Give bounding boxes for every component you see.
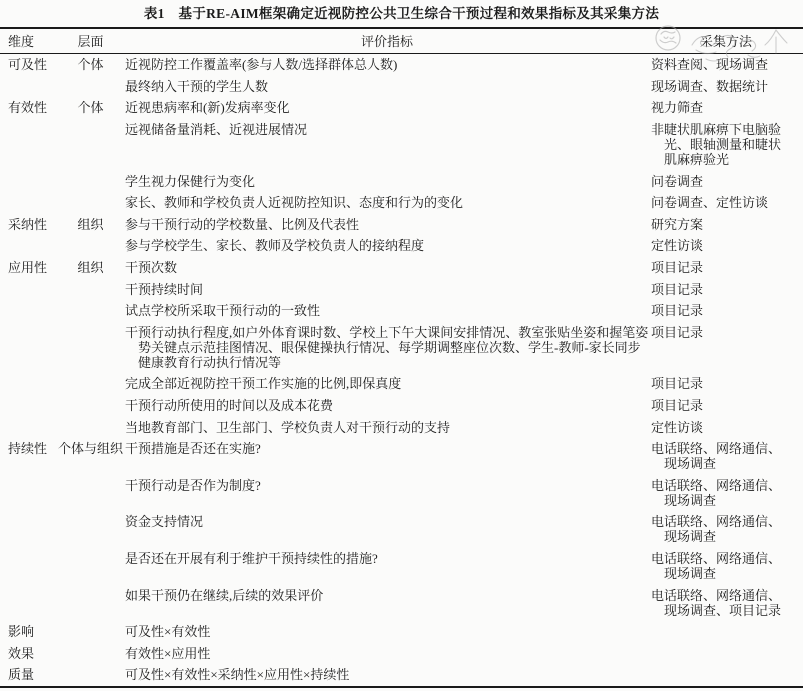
- method-text: 资料查阅、现场调查: [651, 57, 791, 72]
- method-text: 视力筛查: [651, 100, 791, 115]
- cell-indicator: 可及性×有效性: [125, 621, 649, 643]
- cell-method: 资料查阅、现场调查: [649, 54, 803, 76]
- cell-level: [56, 416, 125, 438]
- method-text: 问卷调查: [651, 174, 791, 189]
- indicator-text: 如果干预仍在继续,后续的效果评价: [125, 588, 649, 603]
- cell-indicator: 干预措施是否还在实施?: [125, 438, 649, 475]
- method-text: 现场调查、数据统计: [651, 79, 791, 94]
- col-header-level: 层面: [56, 28, 125, 54]
- cell-indicator: 干预行动是否作为制度?: [125, 475, 649, 512]
- cell-level: [56, 395, 125, 417]
- cell-dimension: [0, 548, 56, 585]
- indicator-text: 参与学校学生、家长、教师及学校负责人的接纳程度: [125, 238, 649, 253]
- method-text: 项目记录: [651, 325, 791, 340]
- cell-method: 项目记录: [649, 257, 803, 279]
- table-row: 质量可及性×有效性×采纳性×应用性×持续性: [0, 664, 803, 687]
- indicator-text: 是否还在开展有利于维护干预持续性的措施?: [125, 551, 649, 566]
- cell-level: 组织: [56, 257, 125, 279]
- level-text: 个体: [56, 57, 125, 72]
- cell-level: [56, 584, 125, 621]
- cell-dimension: [0, 170, 56, 192]
- level-text: 个体: [56, 100, 125, 115]
- cell-indicator: 最终纳入干预的学生人数: [125, 76, 649, 98]
- indicator-text: 干预行动执行程度,如户外体育课时数、学校上下午大课间安排情况、教室张贴坐姿和握笔…: [125, 325, 649, 370]
- method-text: 定性访谈: [651, 238, 791, 253]
- dimension-text: 应用性: [8, 260, 56, 275]
- indicator-text: 完成全部近视防控干预工作实施的比例,即保真度: [125, 376, 649, 391]
- method-text: 项目记录: [651, 260, 791, 275]
- cell-method: 项目记录: [649, 278, 803, 300]
- cell-dimension: [0, 235, 56, 257]
- cell-level: [56, 621, 125, 643]
- cell-level: [56, 548, 125, 585]
- cell-level: [56, 642, 125, 664]
- cell-indicator: 家长、教师和学校负责人近视防控知识、态度和行为的变化: [125, 192, 649, 214]
- cell-level: 个体与组织: [56, 438, 125, 475]
- method-text: 非睫状肌麻痹下电脑验光、眼轴测量和睫状肌麻痹验光: [651, 122, 791, 167]
- cell-dimension: [0, 373, 56, 395]
- col-header-dimension: 维度: [0, 28, 56, 54]
- cell-method: 电话联络、网络通信、现场调查: [649, 511, 803, 548]
- table-row: 影响可及性×有效性: [0, 621, 803, 643]
- cell-level: [56, 170, 125, 192]
- method-text: 问卷调查、定性访谈: [651, 195, 791, 210]
- table-row: 参与学校学生、家长、教师及学校负责人的接纳程度定性访谈: [0, 235, 803, 257]
- table-row: 如果干预仍在继续,后续的效果评价电话联络、网络通信、现场调查、项目记录: [0, 584, 803, 621]
- cell-indicator: 完成全部近视防控干预工作实施的比例,即保真度: [125, 373, 649, 395]
- indicator-text: 干预行动所使用的时间以及成本花费: [125, 398, 649, 413]
- method-text: 电话联络、网络通信、现场调查: [651, 441, 791, 471]
- table-row: 资金支持情况电话联络、网络通信、现场调查: [0, 511, 803, 548]
- cell-indicator: 参与学校学生、家长、教师及学校负责人的接纳程度: [125, 235, 649, 257]
- table-row: 干预行动所使用的时间以及成本花费项目记录: [0, 395, 803, 417]
- cell-method: 电话联络、网络通信、现场调查: [649, 438, 803, 475]
- dimension-text: 质量: [8, 667, 56, 682]
- indicator-text: 干预持续时间: [125, 282, 649, 297]
- cell-dimension: 质量: [0, 664, 56, 687]
- level-text: 组织: [56, 260, 125, 275]
- cell-method: 电话联络、网络通信、现场调查: [649, 548, 803, 585]
- cell-level: [56, 664, 125, 687]
- cell-indicator: 有效性×应用性: [125, 642, 649, 664]
- method-text: 电话联络、网络通信、现场调查: [651, 478, 791, 508]
- table-body: 可及性个体近视防控工作覆盖率(参与人数/选择群体总人数)资料查阅、现场调查最终纳…: [0, 54, 803, 687]
- header-row: 维度 层面 评价指标 采集方法: [0, 28, 803, 54]
- dimension-text: 持续性: [8, 441, 56, 456]
- cell-dimension: 效果: [0, 642, 56, 664]
- indicator-text: 干预次数: [125, 260, 649, 275]
- cell-level: [56, 76, 125, 98]
- cell-method: 问卷调查、定性访谈: [649, 192, 803, 214]
- indicator-text: 参与干预行动的学校数量、比例及代表性: [125, 217, 649, 232]
- indicator-text: 有效性×应用性: [125, 646, 649, 661]
- cell-method: 现场调查、数据统计: [649, 76, 803, 98]
- indicators-table: 维度 层面 评价指标 采集方法 可及性个体近视防控工作覆盖率(参与人数/选择群体…: [0, 27, 803, 688]
- cell-level: [56, 475, 125, 512]
- indicator-text: 干预行动是否作为制度?: [125, 478, 649, 493]
- cell-indicator: 可及性×有效性×采纳性×应用性×持续性: [125, 664, 649, 687]
- table-row: 干预行动是否作为制度?电话联络、网络通信、现场调查: [0, 475, 803, 512]
- cell-method: 非睫状肌麻痹下电脑验光、眼轴测量和睫状肌麻痹验光: [649, 119, 803, 171]
- cell-level: 个体: [56, 54, 125, 76]
- cell-level: [56, 300, 125, 322]
- col-header-indicator: 评价指标: [125, 28, 649, 54]
- cell-method: 电话联络、网络通信、现场调查: [649, 475, 803, 512]
- cell-method: 定性访谈: [649, 235, 803, 257]
- cell-method: 电话联络、网络通信、现场调查、项目记录: [649, 584, 803, 621]
- cell-method: 项目记录: [649, 373, 803, 395]
- cell-level: 个体: [56, 97, 125, 119]
- cell-method: 项目记录: [649, 300, 803, 322]
- table-row: 采纳性组织参与干预行动的学校数量、比例及代表性研究方案: [0, 214, 803, 236]
- cell-method: 视力筛查: [649, 97, 803, 119]
- cell-dimension: 可及性: [0, 54, 56, 76]
- method-text: 项目记录: [651, 303, 791, 318]
- indicator-text: 近视防控工作覆盖率(参与人数/选择群体总人数): [125, 57, 649, 72]
- cell-dimension: [0, 119, 56, 171]
- cell-indicator: 远视储备量消耗、近视进展情况: [125, 119, 649, 171]
- cell-level: [56, 511, 125, 548]
- cell-indicator: 学生视力保健行为变化: [125, 170, 649, 192]
- cell-level: [56, 373, 125, 395]
- table-header: 维度 层面 评价指标 采集方法: [0, 28, 803, 54]
- cell-indicator: 是否还在开展有利于维护干预持续性的措施?: [125, 548, 649, 585]
- cell-dimension: [0, 300, 56, 322]
- table-row: 试点学校所采取干预行动的一致性项目记录: [0, 300, 803, 322]
- table-row: 学生视力保健行为变化问卷调查: [0, 170, 803, 192]
- cell-method: 项目记录: [649, 322, 803, 374]
- col-header-method: 采集方法: [649, 28, 803, 54]
- indicator-text: 可及性×有效性: [125, 624, 649, 639]
- table-row: 可及性个体近视防控工作覆盖率(参与人数/选择群体总人数)资料查阅、现场调查: [0, 54, 803, 76]
- method-text: 项目记录: [651, 282, 791, 297]
- level-text: 个体与组织: [56, 441, 125, 456]
- cell-method: [649, 642, 803, 664]
- indicator-text: 资金支持情况: [125, 514, 649, 529]
- method-text: 电话联络、网络通信、现场调查: [651, 551, 791, 581]
- cell-indicator: 干预持续时间: [125, 278, 649, 300]
- table-row: 有效性个体近视患病率和(新)发病率变化视力筛查: [0, 97, 803, 119]
- table-row: 是否还在开展有利于维护干预持续性的措施?电话联络、网络通信、现场调查: [0, 548, 803, 585]
- indicator-text: 干预措施是否还在实施?: [125, 441, 649, 456]
- table-row: 干预持续时间项目记录: [0, 278, 803, 300]
- cell-dimension: [0, 395, 56, 417]
- method-text: 定性访谈: [651, 420, 791, 435]
- table-title: 表1 基于RE-AIM框架确定近视防控公共卫生综合干预过程和效果指标及其采集方法: [0, 0, 803, 27]
- cell-indicator: 干预次数: [125, 257, 649, 279]
- cell-dimension: [0, 584, 56, 621]
- table-row: 干预行动执行程度,如户外体育课时数、学校上下午大课间安排情况、教室张贴坐姿和握笔…: [0, 322, 803, 374]
- cell-method: [649, 621, 803, 643]
- level-text: 组织: [56, 217, 125, 232]
- indicator-text: 家长、教师和学校负责人近视防控知识、态度和行为的变化: [125, 195, 649, 210]
- cell-indicator: 干预行动执行程度,如户外体育课时数、学校上下午大课间安排情况、教室张贴坐姿和握笔…: [125, 322, 649, 374]
- dimension-text: 效果: [8, 646, 56, 661]
- cell-indicator: 如果干预仍在继续,后续的效果评价: [125, 584, 649, 621]
- table-row: 家长、教师和学校负责人近视防控知识、态度和行为的变化问卷调查、定性访谈: [0, 192, 803, 214]
- dimension-text: 影响: [8, 624, 56, 639]
- cell-indicator: 近视防控工作覆盖率(参与人数/选择群体总人数): [125, 54, 649, 76]
- cell-indicator: 试点学校所采取干预行动的一致性: [125, 300, 649, 322]
- cell-level: [56, 235, 125, 257]
- cell-indicator: 当地教育部门、卫生部门、学校负责人对干预行动的支持: [125, 416, 649, 438]
- indicator-text: 可及性×有效性×采纳性×应用性×持续性: [125, 667, 649, 682]
- indicator-text: 远视储备量消耗、近视进展情况: [125, 122, 649, 137]
- cell-method: 研究方案: [649, 214, 803, 236]
- cell-level: [56, 192, 125, 214]
- cell-level: [56, 119, 125, 171]
- indicator-text: 最终纳入干预的学生人数: [125, 79, 649, 94]
- dimension-text: 可及性: [8, 57, 56, 72]
- cell-indicator: 资金支持情况: [125, 511, 649, 548]
- cell-indicator: 参与干预行动的学校数量、比例及代表性: [125, 214, 649, 236]
- cell-dimension: [0, 322, 56, 374]
- cell-dimension: 持续性: [0, 438, 56, 475]
- cell-method: [649, 664, 803, 687]
- cell-dimension: [0, 475, 56, 512]
- cell-dimension: 有效性: [0, 97, 56, 119]
- cell-dimension: 影响: [0, 621, 56, 643]
- method-text: 研究方案: [651, 217, 791, 232]
- table-row: 远视储备量消耗、近视进展情况非睫状肌麻痹下电脑验光、眼轴测量和睫状肌麻痹验光: [0, 119, 803, 171]
- cell-dimension: [0, 76, 56, 98]
- cell-dimension: 采纳性: [0, 214, 56, 236]
- table-row: 持续性个体与组织干预措施是否还在实施?电话联络、网络通信、现场调查: [0, 438, 803, 475]
- indicator-text: 当地教育部门、卫生部门、学校负责人对干预行动的支持: [125, 420, 649, 435]
- cell-method: 项目记录: [649, 395, 803, 417]
- indicator-text: 试点学校所采取干预行动的一致性: [125, 303, 649, 318]
- cell-level: 组织: [56, 214, 125, 236]
- cell-method: 定性访谈: [649, 416, 803, 438]
- cell-indicator: 干预行动所使用的时间以及成本花费: [125, 395, 649, 417]
- dimension-text: 采纳性: [8, 217, 56, 232]
- cell-method: 问卷调查: [649, 170, 803, 192]
- cell-level: [56, 278, 125, 300]
- method-text: 项目记录: [651, 376, 791, 391]
- table-row: 效果有效性×应用性: [0, 642, 803, 664]
- method-text: 项目记录: [651, 398, 791, 413]
- table-row: 应用性组织干预次数项目记录: [0, 257, 803, 279]
- cell-dimension: [0, 278, 56, 300]
- method-text: 电话联络、网络通信、现场调查: [651, 514, 791, 544]
- method-text: 电话联络、网络通信、现场调查、项目记录: [651, 588, 791, 618]
- indicator-text: 近视患病率和(新)发病率变化: [125, 100, 649, 115]
- dimension-text: 有效性: [8, 100, 56, 115]
- cell-dimension: 应用性: [0, 257, 56, 279]
- table-row: 最终纳入干预的学生人数现场调查、数据统计: [0, 76, 803, 98]
- table-row: 当地教育部门、卫生部门、学校负责人对干预行动的支持定性访谈: [0, 416, 803, 438]
- indicator-text: 学生视力保健行为变化: [125, 174, 649, 189]
- cell-indicator: 近视患病率和(新)发病率变化: [125, 97, 649, 119]
- table-row: 完成全部近视防控干预工作实施的比例,即保真度项目记录: [0, 373, 803, 395]
- cell-dimension: [0, 192, 56, 214]
- cell-dimension: [0, 511, 56, 548]
- cell-dimension: [0, 416, 56, 438]
- cell-level: [56, 322, 125, 374]
